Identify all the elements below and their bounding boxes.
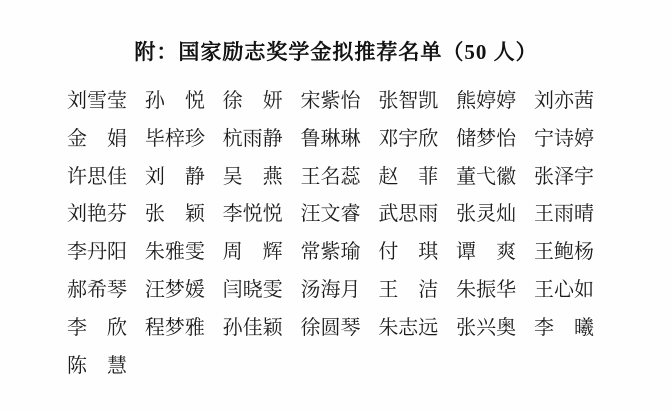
name-item: 张灵灿 — [456, 196, 516, 234]
name-row: 刘雪莹孙 悦徐 妍宋紫怡张智凯熊婷婷刘亦茜 — [67, 83, 594, 121]
name-item: 董弋徽 — [456, 159, 516, 197]
name-item: 陈 慧 — [67, 348, 127, 386]
name-item: 汪梦媛 — [145, 272, 205, 310]
name-item: 朱志远 — [378, 310, 438, 348]
name-item: 张智凯 — [378, 83, 438, 121]
name-item: 吴 燕 — [223, 159, 283, 197]
name-row: 郝希琴汪梦媛闫晓雯汤海月王 洁朱振华王心如 — [67, 272, 594, 310]
name-grid: 刘雪莹孙 悦徐 妍宋紫怡张智凯熊婷婷刘亦茜金 娟毕梓珍杭雨静鲁琳琳邓宇欣储梦怡宁… — [67, 83, 594, 385]
name-item: 李悦悦 — [223, 196, 283, 234]
name-item: 宁诗婷 — [534, 121, 594, 159]
name-item: 徐圆琴 — [300, 310, 360, 348]
name-item: 孙佳颖 — [223, 310, 283, 348]
name-item: 刘亦茜 — [534, 83, 594, 121]
name-item: 杭雨静 — [223, 121, 283, 159]
name-item: 张泽宇 — [534, 159, 594, 197]
name-item: 刘艳芬 — [67, 196, 127, 234]
page-title: 附：国家励志奖学金拟推荐名单（50 人） — [0, 0, 672, 66]
name-row: 陈 慧 — [67, 348, 594, 386]
name-item: 鲁琳琳 — [300, 121, 360, 159]
name-row: 李丹阳朱雅雯周 辉常紫瑜付 琪谭 爽王鲍杨 — [67, 234, 594, 272]
name-item: 刘雪莹 — [67, 83, 127, 121]
name-item: 李丹阳 — [67, 234, 127, 272]
name-item: 储梦怡 — [456, 121, 516, 159]
name-row: 刘艳芬张 颖李悦悦汪文睿武思雨张灵灿王雨晴 — [67, 196, 594, 234]
name-item: 刘 静 — [145, 159, 205, 197]
name-item: 王鲍杨 — [534, 234, 594, 272]
name-item: 王心如 — [534, 272, 594, 310]
name-item: 闫晓雯 — [223, 272, 283, 310]
name-item: 朱雅雯 — [145, 234, 205, 272]
name-item: 谭 爽 — [456, 234, 516, 272]
name-item: 宋紫怡 — [300, 83, 360, 121]
name-row: 李 欣程梦雅孙佳颖徐圆琴朱志远张兴奥李 曦 — [67, 310, 594, 348]
name-item: 李 欣 — [67, 310, 127, 348]
name-item: 常紫瑜 — [300, 234, 360, 272]
name-row: 金 娟毕梓珍杭雨静鲁琳琳邓宇欣储梦怡宁诗婷 — [67, 121, 594, 159]
name-item: 王名蕊 — [300, 159, 360, 197]
scholarship-document-page: 附：国家励志奖学金拟推荐名单（50 人） 刘雪莹孙 悦徐 妍宋紫怡张智凯熊婷婷刘… — [0, 0, 672, 410]
name-item: 邓宇欣 — [378, 121, 438, 159]
name-item: 王 洁 — [378, 272, 438, 310]
name-item: 汤海月 — [300, 272, 360, 310]
name-item: 王雨晴 — [534, 196, 594, 234]
name-item: 武思雨 — [378, 196, 438, 234]
name-row: 许思佳刘 静吴 燕王名蕊赵 菲董弋徽张泽宇 — [67, 159, 594, 197]
name-item: 赵 菲 — [378, 159, 438, 197]
name-item: 汪文睿 — [300, 196, 360, 234]
name-item: 徐 妍 — [223, 83, 283, 121]
name-item: 李 曦 — [534, 310, 594, 348]
name-item: 许思佳 — [67, 159, 127, 197]
name-item: 孙 悦 — [145, 83, 205, 121]
name-item: 郝希琴 — [67, 272, 127, 310]
name-item: 张兴奥 — [456, 310, 516, 348]
name-item: 程梦雅 — [145, 310, 205, 348]
name-item: 付 琪 — [378, 234, 438, 272]
name-item: 周 辉 — [223, 234, 283, 272]
name-item: 张 颖 — [145, 196, 205, 234]
name-item: 金 娟 — [67, 121, 127, 159]
name-item: 朱振华 — [456, 272, 516, 310]
name-item: 熊婷婷 — [456, 83, 516, 121]
name-item: 毕梓珍 — [145, 121, 205, 159]
